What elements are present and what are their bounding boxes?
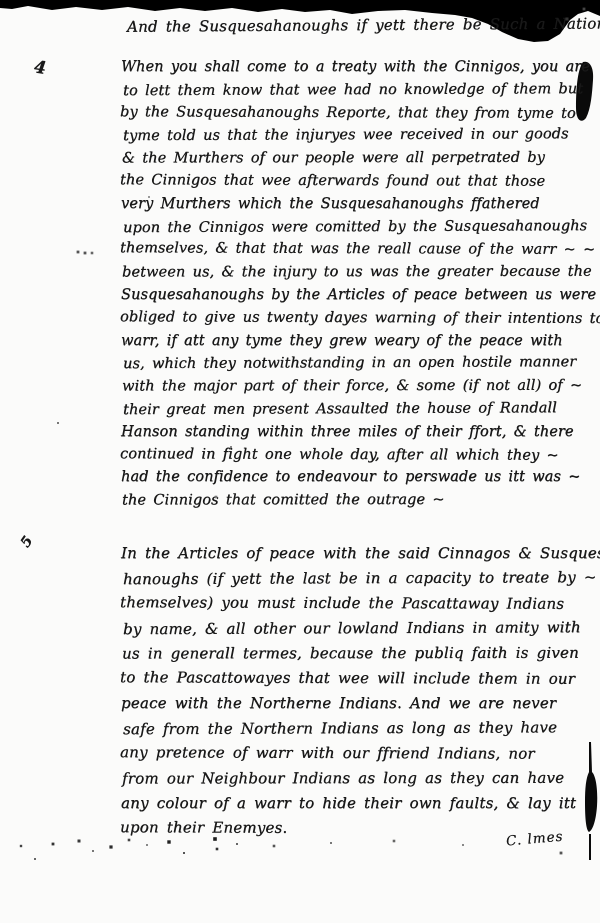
manuscript-line: by name, & all other our lowland Indians… (123, 615, 600, 642)
manuscript-line: continued in fight one whole day, after … (120, 443, 600, 467)
manuscript-line: us in generall termes, because the publi… (122, 641, 600, 667)
heading-line: And the Susquesahanoughs if yett there b… (127, 14, 600, 35)
manuscript-line: tyme told us that the injuryes wee recei… (123, 123, 600, 148)
manuscript-line: the Cinnigos that wee afterwards found o… (120, 169, 600, 193)
manuscript-line: Hanson standing within three miles of th… (121, 421, 600, 444)
manuscript-line: peace with the Northerne Indians. And we… (121, 691, 600, 716)
manuscript-line: obliged to give us twenty dayes warning … (120, 306, 600, 330)
manuscript-line: had the confidence to endeavour to persw… (121, 466, 600, 489)
paragraph-1: When you shall come to a treaty with the… (121, 56, 600, 512)
manuscript-line: In the Articles of peace with the said C… (121, 541, 600, 566)
scan-speckles (0, 0, 2, 2)
manuscript-line: Susquesahanoughs by the Articles of peac… (121, 284, 600, 307)
margin-number-5: 5 (18, 533, 37, 550)
manuscript-line: from our Neighbour Indians as long as th… (122, 766, 600, 792)
margin-number-4: 4 (33, 57, 48, 78)
manuscript-line: with the major part of their force, & so… (122, 375, 600, 399)
manuscript-line: to lett them know that wee had no knowle… (123, 78, 600, 103)
manuscript-line: & the Murthers of our people were all pe… (122, 147, 600, 171)
manuscript-line: the Cinnigos that comitted the outrage ~ (122, 489, 600, 513)
manuscript-line: by the Susquesahanoughs Reporte, that th… (120, 101, 600, 125)
manuscript-line: any pretence of warr with our ffriend In… (120, 740, 600, 767)
manuscript-line: very Murthers which the Susquesahanoughs… (121, 193, 600, 216)
manuscript-line: us, which they notwithstanding in an ope… (123, 351, 600, 376)
manuscript-line: When you shall come to a treaty with the… (121, 56, 600, 79)
manuscript-line: hanoughs (if yett the last be in a capac… (123, 565, 600, 592)
manuscript-page: And the Susquesahanoughs if yett there b… (0, 0, 600, 923)
manuscript-line: themselves) you must include the Pascatt… (120, 590, 600, 617)
manuscript-line: to the Pascattowayes that wee will inclu… (120, 665, 600, 692)
manuscript-line: any colour of a warr to hide their own f… (121, 791, 600, 816)
paragraph-2: In the Articles of peace with the said C… (121, 541, 600, 841)
manuscript-line: upon the Cinnigos were comitted by the S… (123, 215, 600, 240)
manuscript-line: between us, & the injury to us was the g… (122, 261, 600, 285)
manuscript-line: their great men present Assaulted the ho… (123, 397, 600, 422)
manuscript-line: warr, if att any tyme they grew weary of… (121, 330, 600, 353)
manuscript-line: safe from the Northern Indians as long a… (123, 715, 600, 742)
manuscript-line: themselves, & that that was the reall ca… (120, 238, 600, 262)
